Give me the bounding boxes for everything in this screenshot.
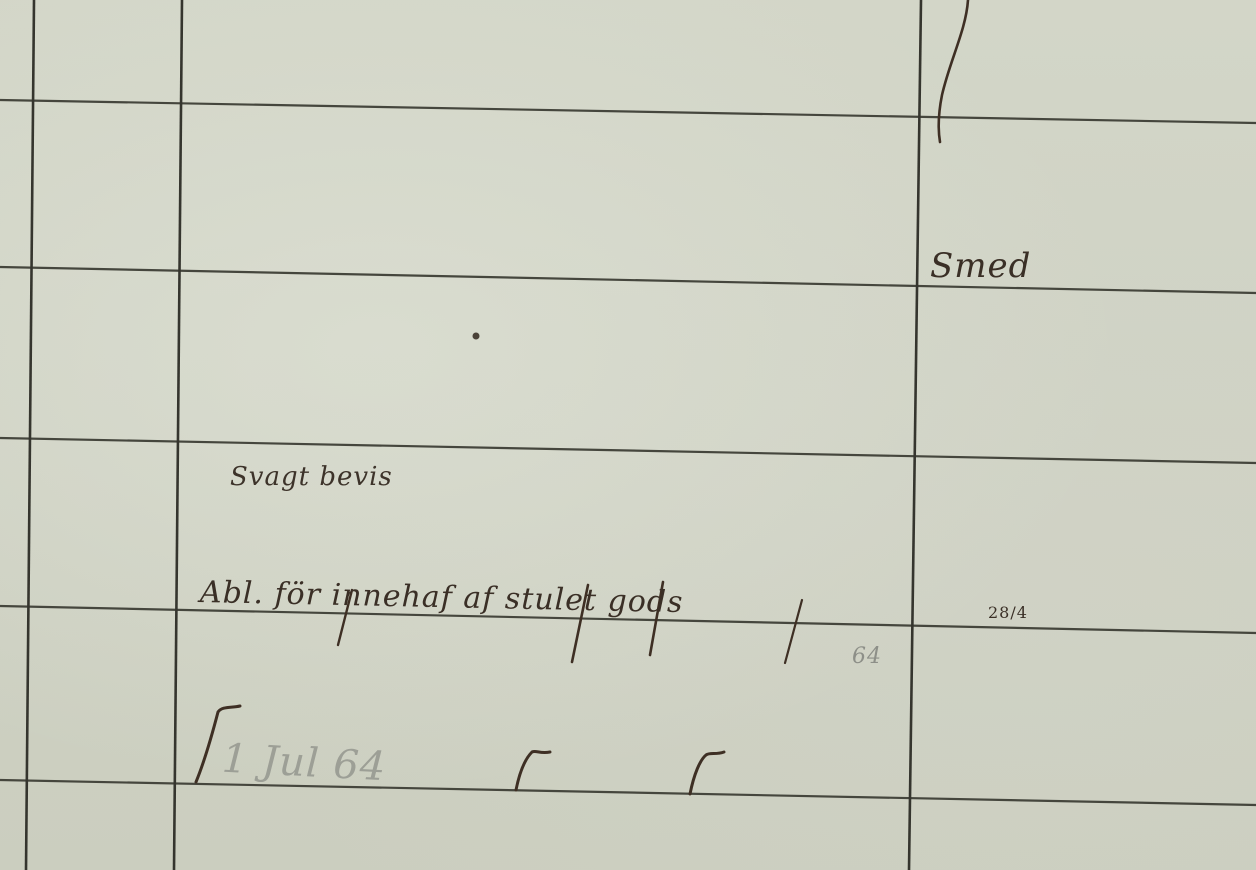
column-rule-2 (174, 0, 182, 870)
ruled-grid (0, 0, 1256, 870)
row-rule-3 (0, 438, 1256, 463)
bracket-stroke (939, 0, 968, 142)
ditto-stroke (690, 752, 724, 794)
ledger-page: Smed Svagt bevis Abl. för innehaf af stu… (0, 0, 1256, 870)
ink-stroke (785, 600, 802, 663)
pencil-date-entry: 1 Jul 64 (221, 736, 388, 791)
ink-dot (473, 333, 480, 340)
occupation-entry: Smed (930, 246, 1031, 286)
row-rule-5 (0, 780, 1256, 805)
year-subscript: 64 (852, 644, 882, 669)
column-rule-1 (26, 0, 34, 870)
row-rule-1 (0, 100, 1256, 123)
remark-line-1: Svagt bevis (230, 462, 393, 492)
row-rule-2 (0, 267, 1256, 293)
date-superscript: 28/4 (988, 603, 1028, 622)
ditto-stroke (516, 751, 550, 790)
column-rule-3 (909, 0, 921, 870)
